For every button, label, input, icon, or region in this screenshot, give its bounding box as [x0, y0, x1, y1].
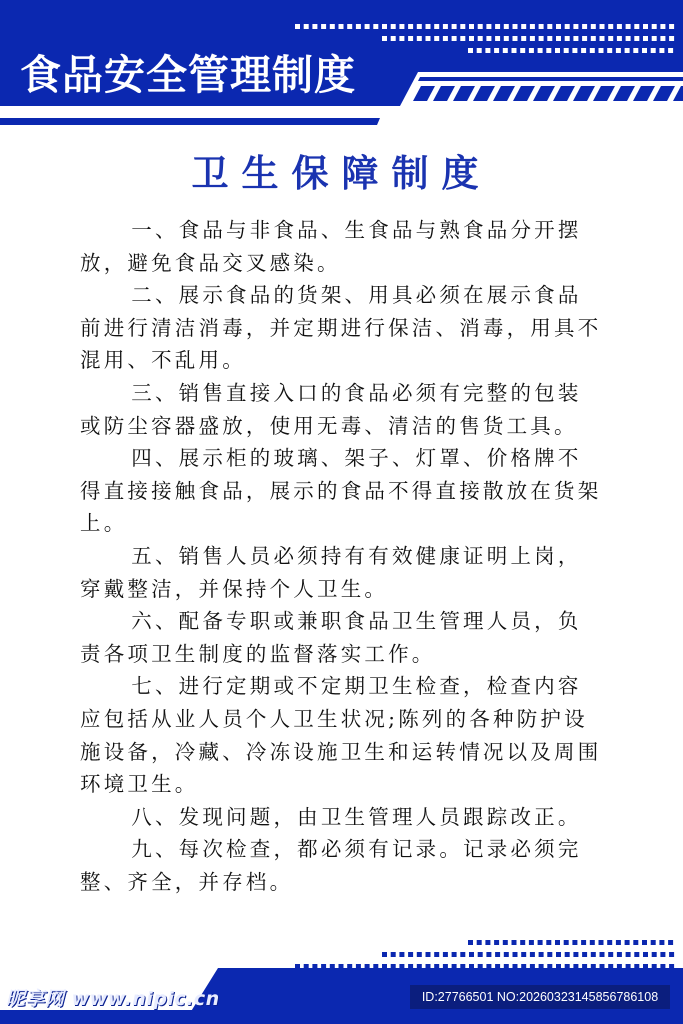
- rule-5: 五、销售人员必须持有有效健康证明上岗，穿戴整洁，并保持个人卫生。: [80, 540, 605, 605]
- document-body: 一、食品与非食品、生食品与熟食品分开摆放，避免食品交叉感染。 二、展示食品的货架…: [80, 214, 605, 898]
- rule-8: 八、发现问题，由卫生管理人员跟踪改正。: [80, 801, 605, 834]
- rule-2: 二、展示食品的货架、用具必须在展示食品前进行清洁消毒，并定期进行保洁、消毒，用具…: [80, 279, 605, 377]
- rule-6: 六、配备专职或兼职食品卫生管理人员，负责各项卫生制度的监督落实工作。: [80, 605, 605, 670]
- rule-7: 七、进行定期或不定期卫生检查，检查内容应包括从业人员个人卫生状况;陈列的各种防护…: [80, 670, 605, 800]
- rule-9: 九、每次检查，都必须有记录。记录必须完整、齐全，并存档。: [80, 833, 605, 898]
- header-title: 食品安全管理制度: [20, 50, 356, 100]
- rule-1: 一、食品与非食品、生食品与熟食品分开摆放，避免食品交叉感染。: [80, 214, 605, 279]
- image-id-label: ID:27766501 NO:20260323145856786108: [410, 985, 670, 1009]
- rule-4: 四、展示柜的玻璃、架子、灯罩、价格牌不得直接接触食品，展示的食品不得直接散放在货…: [80, 442, 605, 540]
- rule-3: 三、销售直接入口的食品必须有完整的包装或防尘容器盛放，使用无毒、清洁的售货工具。: [80, 377, 605, 442]
- watermark: 昵享网 www.nipic.cn: [6, 984, 220, 1011]
- document-title: 卫生保障制度: [0, 150, 683, 198]
